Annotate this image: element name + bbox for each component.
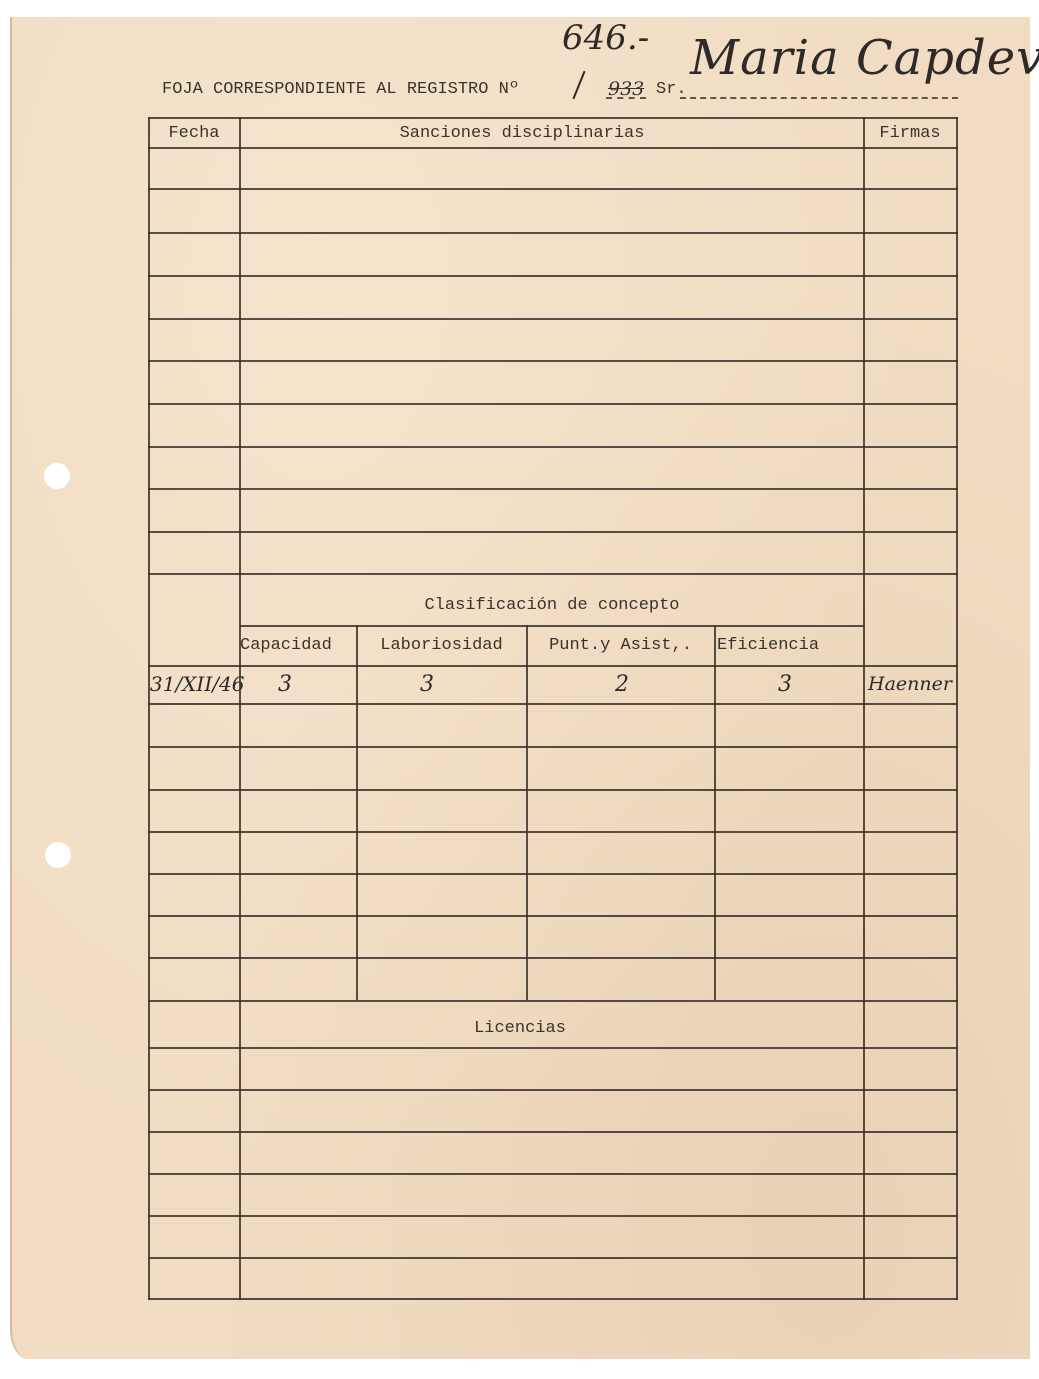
licencias-title: Licencias xyxy=(240,1019,800,1038)
name-underline xyxy=(680,97,958,99)
registro-number-handwritten: 646.- xyxy=(562,18,649,58)
subheader-laboriosidad: Laboriosidad xyxy=(357,636,526,655)
employee-name-handwritten: Maria Capdevila xyxy=(690,30,1039,86)
cell-eficiencia: 3 xyxy=(715,672,855,697)
cell-laboriosidad: 3 xyxy=(357,672,497,697)
column-header-firmas: Firmas xyxy=(864,124,956,143)
cell-capacidad: 3 xyxy=(240,672,330,697)
cell-firma-signature: Haenner xyxy=(868,673,952,695)
registro-underline xyxy=(606,97,646,99)
punch-hole-top xyxy=(44,463,70,489)
clasificacion-title: Clasificación de concepto xyxy=(240,596,864,615)
subheader-eficiencia: Eficiencia xyxy=(717,636,863,655)
cell-fecha: 31/XII/46 xyxy=(150,672,244,696)
subheader-puntualidad-asistencia: Punt.y Asist,. xyxy=(527,636,714,655)
form-title: FOJA CORRESPONDIENTE AL REGISTRO Nº xyxy=(162,80,519,99)
column-header-fecha: Fecha xyxy=(148,124,240,143)
column-header-sanciones: Sanciones disciplinarias xyxy=(240,124,804,143)
subheader-capacidad: Capacidad xyxy=(240,636,356,655)
punch-hole-bottom xyxy=(45,842,71,868)
cell-puntualidad-asistencia: 2 xyxy=(527,672,717,697)
